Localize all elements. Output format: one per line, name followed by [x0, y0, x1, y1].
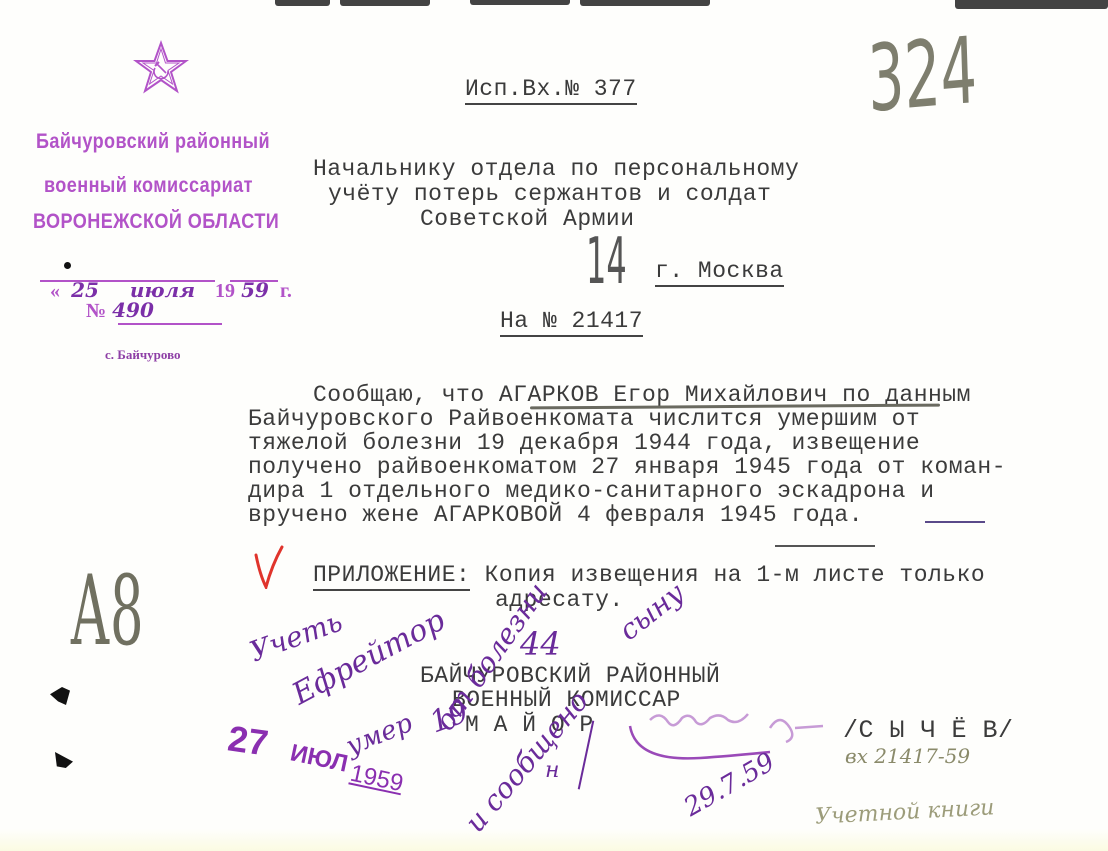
- pencil-left-mark: А8: [70, 555, 144, 667]
- pencil-page-number: 324: [866, 17, 978, 133]
- scan-top-edge: [0, 0, 1108, 8]
- body-line-6: вручено жене АГАРКОВОЙ 4 февраля 1945 го…: [248, 503, 863, 528]
- scan-artifact: [955, 0, 1108, 9]
- paper-edge-tint: [0, 829, 1108, 851]
- ink-blot: [50, 687, 70, 705]
- year-underline: [230, 280, 278, 282]
- stamp-line-1: Байчуровский районный: [36, 130, 270, 154]
- star-hammer-sickle-icon: [133, 40, 189, 96]
- attachment-label: ПРИЛОЖЕНИЕ:: [313, 562, 470, 591]
- number-underline: [118, 323, 222, 325]
- city: г. Москва: [655, 258, 784, 287]
- stamp-line-2: военный комиссариат: [44, 174, 253, 198]
- stamp-line-3: ВОРОНЕЖСКОЙ ОБЛАСТИ: [33, 210, 279, 234]
- attachment-line-1: ПРИЛОЖЕНИЕ: Копия извещения на 1-м листе…: [313, 562, 985, 588]
- number-label: №: [86, 300, 106, 322]
- handwritten-note-3: умер: [342, 708, 417, 762]
- reply-reference: На № 21417: [500, 308, 643, 337]
- signature-scribble: [620, 708, 825, 778]
- date-year-prefix: 19: [215, 280, 235, 302]
- stamp-number: №490: [86, 298, 154, 323]
- red-checkmark-icon: [252, 545, 288, 589]
- signatory-name: /С Ы Ч Ё В/: [843, 716, 1014, 745]
- scan-artifact: [340, 0, 430, 6]
- handwritten-note-6: 44: [520, 625, 561, 663]
- pencil-annotation-mid: 14: [586, 225, 627, 299]
- scan-artifact: [275, 0, 330, 6]
- scan-artifact: [470, 0, 570, 5]
- pencil-reference: вх 21417-59: [845, 744, 970, 768]
- stamp-village: с. Байчурово: [105, 347, 181, 363]
- pencil-dash: [775, 545, 875, 547]
- body-line-3: тяжелой болезни 19 декабря 1944 года, из…: [248, 431, 920, 456]
- date-open-quote: «: [50, 280, 60, 302]
- incoming-reference: Исп.Вх.№ 377: [465, 76, 637, 105]
- number-value: 490: [112, 298, 154, 322]
- received-stamp-day: 27: [225, 717, 271, 764]
- body-line-5: дира 1 отдельного медико-санитарного эск…: [248, 479, 935, 504]
- addressee-line-2: учёту потерь сержантов и солдат: [328, 181, 771, 207]
- received-stamp-year: 1959: [348, 760, 406, 798]
- body-line-4: получено райвоенкоматом 27 января 1945 г…: [248, 455, 1006, 480]
- body-line-2: Байчуровского Райвоенкомата числится уме…: [248, 407, 920, 432]
- ink-blot: [55, 752, 73, 768]
- ink-blot: [64, 262, 71, 269]
- attachment-text: Копия извещения на 1-м листе только: [470, 562, 985, 588]
- date-underline: [40, 280, 215, 282]
- pencil-book-note: Учетной книги: [814, 795, 995, 829]
- received-stamp-month: ИЮЛ: [288, 739, 350, 778]
- ink-dash: [925, 521, 985, 523]
- addressee-line-1: Начальнику отдела по персональному: [313, 156, 799, 182]
- date-suffix: г.: [275, 280, 292, 302]
- handwritten-note-9: н: [545, 758, 560, 783]
- scan-artifact: [580, 0, 710, 6]
